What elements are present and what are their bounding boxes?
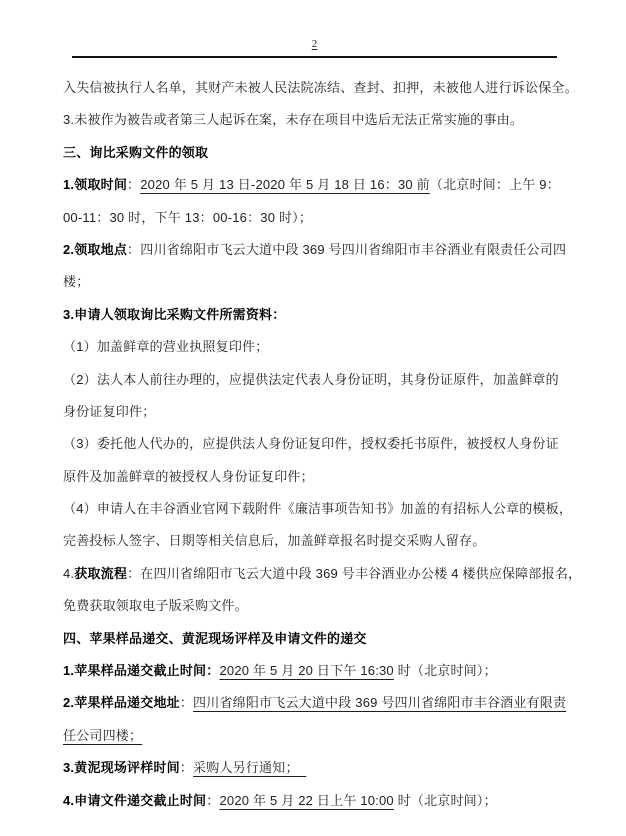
text-line: 三、询比采购文件的领取 [63, 137, 563, 169]
document-page: 2 入失信被执行人名单，其财产未被人民法院冻结、查封、扣押，未被他人进行诉讼保全… [0, 0, 626, 836]
text-segment: ： [180, 695, 193, 710]
text-segment: 2020 年 5 月 22 日上午 10:00 [219, 793, 393, 808]
text-line: 4.获取流程：在四川省绵阳市飞云大道中段 369 号丰谷酒业办公楼 4 楼供应保… [63, 558, 563, 590]
text-line: 2.苹果样品递交地址：四川省绵阳市飞云大道中段 369 号四川省绵阳市丰谷酒业有… [63, 687, 563, 719]
text-segment: 楼； [63, 274, 89, 289]
text-segment: 2.领取地点 [63, 242, 127, 257]
text-segment: 入失信被执行人名单，其财产未被人民法院冻结、查封、扣押，未被他人进行诉讼保全。 [63, 80, 578, 95]
text-segment: 获取流程 [74, 566, 127, 581]
text-segment: 三、询比采购文件的领取 [63, 145, 208, 160]
text-line: 入失信被执行人名单，其财产未被人民法院冻结、查封、扣押，未被他人进行诉讼保全。 [63, 72, 563, 104]
text-line: 完善投标人签字、日期等相关信息后，加盖鲜章报名时提交采购人留存。 [63, 525, 563, 557]
text-segment: ： [180, 760, 193, 775]
text-line: 原件及加盖鲜章的被授权人身份证复印件； [63, 461, 563, 493]
text-segment: 免费获取领取电子版采购文件。 [63, 598, 248, 613]
text-segment: 时（北京时间）； [394, 663, 497, 678]
text-line: 2.领取地点：四川省绵阳市飞云大道中段 369 号四川省绵阳市丰谷酒业有限责任公… [63, 234, 563, 266]
text-line: 3.未被作为被告或者第三人起诉在案，未存在项目中选后无法正常实施的事由。 [63, 104, 563, 136]
text-line: （3）委托他人代办的，应提供法人身份证复印件，授权委托书原件，被授权人身份证 [63, 428, 563, 460]
text-segment: 00-11：30 时，下午 13：00-16：30 时）； [63, 210, 312, 225]
text-segment: 四川省绵阳市飞云大道中段 369 号四川省绵阳市丰谷酒业有限责 [193, 695, 566, 710]
text-line: 楼； [63, 266, 563, 298]
text-segment: ： [206, 793, 219, 808]
text-segment: 3.黄泥现场评样时间 [63, 760, 180, 775]
text-segment: （1）加盖鲜章的营业执照复印件； [63, 339, 268, 354]
text-line: 1.苹果样品递交截止时间：2020 年 5 月 20 日下午 16:30 时（北… [63, 655, 563, 687]
text-segment: 身份证复印件； [63, 404, 155, 419]
text-line: （4）申请人在丰谷酒业官网下载附件《廉洁事项告知书》加盖的有招标人公章的模板， [63, 493, 563, 525]
text-segment: 任公司四楼； [63, 728, 142, 743]
text-segment: 3.未被作为被告或者第三人起诉在案，未存在项目中选后无法正常实施的事由。 [63, 112, 523, 127]
text-segment: （北京时间：上午 9： [430, 177, 560, 192]
document-body: 入失信被执行人名单，其财产未被人民法院冻结、查封、扣押，未被他人进行诉讼保全。3… [63, 72, 563, 817]
text-segment: 1.苹果样品递交截止时间： [63, 663, 219, 678]
text-line: 3.申请人领取询比采购文件所需资料： [63, 299, 563, 331]
text-line: 免费获取领取电子版采购文件。 [63, 590, 563, 622]
text-segment: ：在四川省绵阳市飞云大道中段 369 号丰谷酒业办公楼 4 楼供应保障部报名， [127, 566, 581, 581]
text-segment: 4.申请文件递交截止时间 [63, 793, 206, 808]
text-segment: 2020 年 5 月 13 日-2020 年 5 月 18 日 16：30 前 [140, 177, 430, 192]
page-number: 2 [312, 38, 318, 51]
text-segment: 完善投标人签字、日期等相关信息后，加盖鲜章报名时提交采购人留存。 [63, 533, 485, 548]
text-line: 任公司四楼； [63, 720, 563, 752]
text-segment: 2.苹果样品递交地址 [63, 695, 180, 710]
text-segment: 3.申请人领取询比采购文件所需资料： [63, 307, 285, 322]
text-segment: ：四川省绵阳市飞云大道中段 369 号四川省绵阳市丰谷酒业有限责任公司四 [127, 242, 566, 257]
text-segment: 1.领取时间 [63, 177, 127, 192]
text-segment: 4. [63, 566, 74, 581]
text-segment: 时（北京时间）； [394, 793, 497, 808]
text-segment: 四、苹果样品递交、黄泥现场评样及申请文件的递交 [63, 631, 367, 646]
text-segment: 2020 年 5 月 20 日下午 16:30 [219, 663, 393, 678]
text-line: 4.申请文件递交截止时间：2020 年 5 月 22 日上午 10:00 时（北… [63, 785, 563, 817]
text-segment: 采购人另行通知； [193, 760, 306, 775]
text-segment: 原件及加盖鲜章的被授权人身份证复印件； [63, 469, 314, 484]
text-segment: （2）法人本人前往办理的，应提供法定代表人身份证明，其身份证原件，加盖鲜章的 [63, 372, 559, 387]
text-segment: ： [127, 177, 140, 192]
text-line: 身份证复印件； [63, 396, 563, 428]
text-line: 1.领取时间：2020 年 5 月 13 日-2020 年 5 月 18 日 1… [63, 169, 563, 201]
text-line: （2）法人本人前往办理的，应提供法定代表人身份证明，其身份证原件，加盖鲜章的 [63, 364, 563, 396]
page-header: 2 [72, 34, 557, 58]
text-line: 00-11：30 时，下午 13：00-16：30 时）； [63, 202, 563, 234]
text-line: （1）加盖鲜章的营业执照复印件； [63, 331, 563, 363]
text-segment: （3）委托他人代办的，应提供法人身份证复印件，授权委托书原件，被授权人身份证 [63, 436, 559, 451]
text-segment: （4）申请人在丰谷酒业官网下载附件《廉洁事项告知书》加盖的有招标人公章的模板， [63, 501, 572, 516]
text-line: 3.黄泥现场评样时间：采购人另行通知； [63, 752, 563, 784]
text-line: 四、苹果样品递交、黄泥现场评样及申请文件的递交 [63, 623, 563, 655]
